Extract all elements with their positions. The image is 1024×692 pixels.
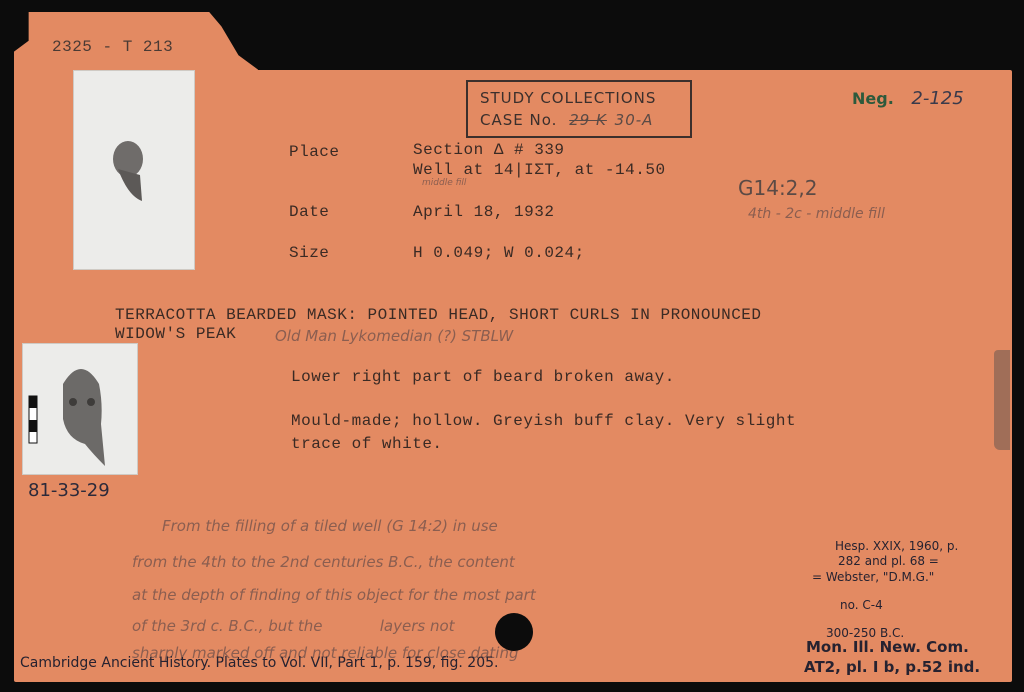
date-label: Date xyxy=(289,203,329,221)
biblio-line2: 282 and pl. 68 = xyxy=(838,554,939,568)
title-annotation: Old Man Lykomedian (?) STBLW xyxy=(275,327,513,345)
context-line3: at the depth of finding of this object f… xyxy=(132,586,536,604)
place-line2: Well at 14|IΣT, at -14.50 xyxy=(413,161,666,179)
place-note: middle fill xyxy=(422,178,466,188)
punch-hole xyxy=(495,613,533,651)
neg-value: 2-125 xyxy=(911,88,963,109)
place-label: Place xyxy=(289,143,340,161)
place-line1: Section Δ # 339 xyxy=(413,141,565,159)
photo-number: 81-33-29 xyxy=(28,480,110,501)
reference-note: Cambridge Ancient History. Plates to Vol… xyxy=(20,655,498,671)
biblio-line3: = Webster, "D.M.G." xyxy=(812,570,934,584)
size-label: Size xyxy=(289,244,329,262)
biblio-line6: Mon. Ill. New. Com. xyxy=(806,638,969,656)
title-line2: WIDOW'S PEAK xyxy=(115,325,236,343)
biblio-line4: no. C-4 xyxy=(840,598,883,612)
context-line4: of the 3rd c. B.C., but the layers not xyxy=(132,617,455,635)
context-line2: from the 4th to the 2nd centuries B.C., … xyxy=(132,553,515,571)
biblio-line1: Hesp. XXIX, 1960, p. xyxy=(835,539,958,553)
context-line1: From the filling of a tiled well (G 14:2… xyxy=(162,517,498,535)
size-value: H 0.049; W 0.024; xyxy=(413,244,585,262)
stamp-case-label: CASE No. xyxy=(480,111,557,129)
catalog-number: 2325 - T 213 xyxy=(52,38,173,56)
grid-note: 4th - 2c - middle fill xyxy=(748,206,885,222)
description-line1: Lower right part of beard broken away. xyxy=(291,368,675,386)
grid-code: G14:2,2 xyxy=(738,176,818,200)
mask-thumbnail-icon xyxy=(74,71,194,269)
title-line1: TERRACOTTA BEARDED MASK: POINTED HEAD, S… xyxy=(115,306,762,324)
date-value: April 18, 1932 xyxy=(413,203,554,221)
mask-photo-icon xyxy=(23,344,137,474)
biblio-line7: AT2, pl. I b, p.52 ind. xyxy=(804,658,980,676)
study-collections-stamp: STUDY COLLECTIONS CASE No. 29 K 30-A xyxy=(466,80,692,138)
description-line2: Mould-made; hollow. Greyish buff clay. V… xyxy=(291,412,796,430)
object-photo-small xyxy=(73,70,195,270)
case-struck: 29 K xyxy=(569,111,607,129)
neg-label: Neg. xyxy=(852,89,894,108)
description-line3: trace of white. xyxy=(291,435,443,453)
stamp-line1: STUDY COLLECTIONS xyxy=(480,89,656,107)
object-photo-scale xyxy=(22,343,138,475)
case-value: 30-A xyxy=(615,111,654,129)
edge-stain xyxy=(994,350,1010,450)
